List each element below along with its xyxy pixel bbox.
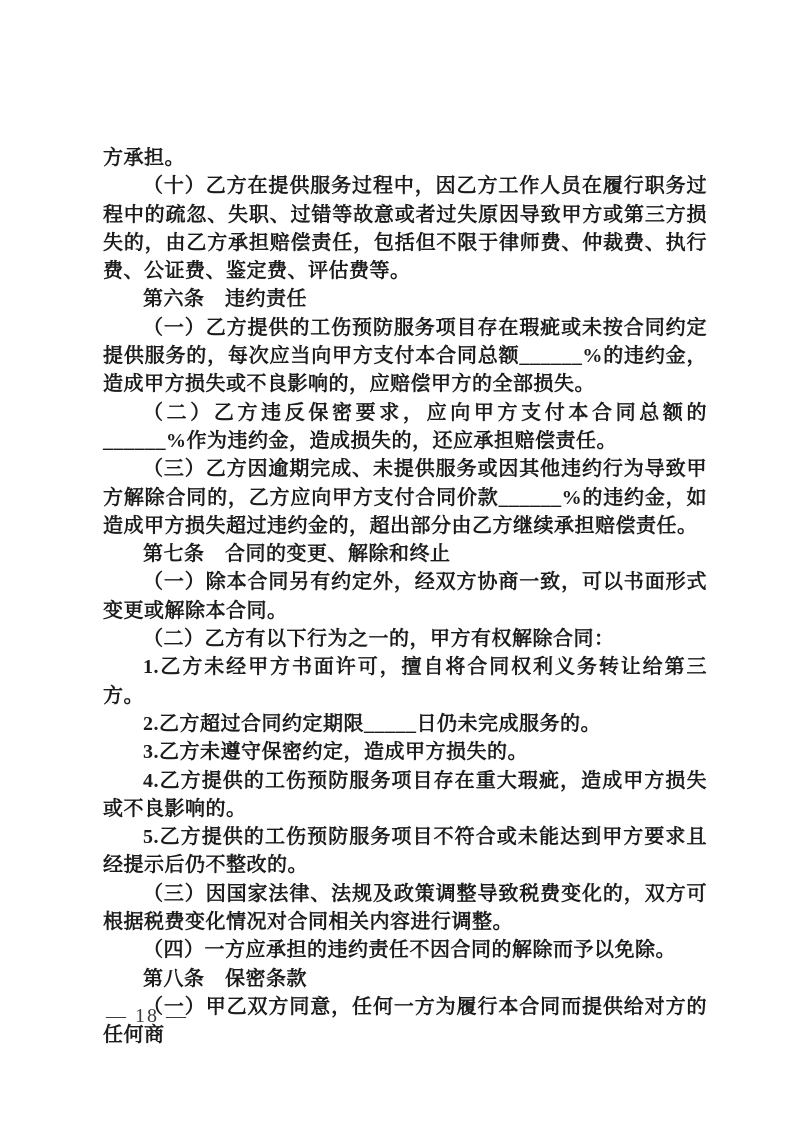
contract-paragraph: 3.乙方未遵守保密约定，造成甲方损失的。 <box>103 738 707 766</box>
page-number: — 18 — <box>106 1002 188 1030</box>
clause-heading: 第八条 保密条款 <box>103 965 707 993</box>
contract-paragraph: （四）一方应承担的违约责任不因合同的解除而予以免除。 <box>103 936 707 964</box>
contract-body: 方承担。（十）乙方在提供服务过程中，因乙方工作人员在履行职务过程中的疏忽、失职、… <box>103 144 707 1050</box>
contract-paragraph: 1.乙方未经甲方书面许可，擅自将合同权利义务转让给第三方。 <box>103 653 707 710</box>
contract-paragraph: （一）除本合同另有约定外，经双方协商一致，可以书面形式变更或解除本合同。 <box>103 568 707 625</box>
contract-paragraph: 4.乙方提供的工伤预防服务项目存在重大瑕疵，造成甲方损失或不良影响的。 <box>103 767 707 824</box>
contract-paragraph: （三）因国家法律、法规及政策调整导致税费变化的，双方可根据税费变化情况对合同相关… <box>103 880 707 937</box>
contract-paragraph: 5.乙方提供的工伤预防服务项目不符合或未能达到甲方要求且经提示后仍不整改的。 <box>103 823 707 880</box>
contract-paragraph: （二）乙方有以下行为之一的，甲方有权解除合同： <box>103 625 707 653</box>
contract-paragraph: （一）甲乙双方同意，任何一方为履行本合同而提供给对方的任何商 <box>103 993 707 1050</box>
clause-heading: 第七条 合同的变更、解除和终止 <box>103 540 707 568</box>
contract-paragraph: （十）乙方在提供服务过程中，因乙方工作人员在履行职务过程中的疏忽、失职、过错等故… <box>103 172 707 285</box>
contract-paragraph: 方承担。 <box>103 144 707 172</box>
contract-paragraph: （三）乙方因逾期完成、未提供服务或因其他违约行为导致甲方解除合同的，乙方应向甲方… <box>103 455 707 540</box>
contract-paragraph: （二）乙方违反保密要求，应向甲方支付本合同总额的______%作为违约金，造成损… <box>103 399 707 456</box>
document-page: 方承担。（十）乙方在提供服务过程中，因乙方工作人员在履行职务过程中的疏忽、失职、… <box>0 0 803 1135</box>
contract-paragraph: （一）乙方提供的工伤预防服务项目存在瑕疵或未按合同约定提供服务的，每次应当向甲方… <box>103 314 707 399</box>
contract-paragraph: 2.乙方超过合同约定期限_____日仍未完成服务的。 <box>103 710 707 738</box>
clause-heading: 第六条 违约责任 <box>103 285 707 313</box>
